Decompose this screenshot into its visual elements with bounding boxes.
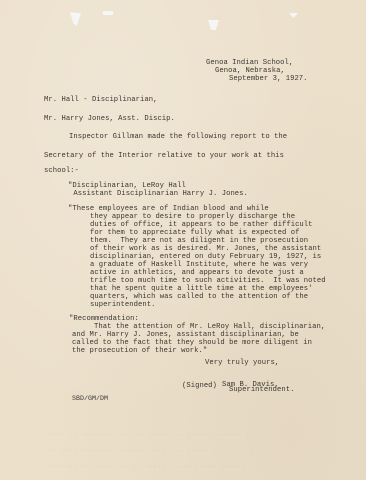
bleed-through-text: ....... .. .... ... .. ..... ..... .....… [48, 462, 245, 470]
report-line: trifle too much time to such activities.… [90, 277, 326, 285]
report-line: of their work as is desired. Mr. Jones, … [90, 245, 321, 253]
addressee: Mr. Harry Jones, Asst. Discip. [44, 115, 175, 123]
recommendation-line: the prosecution of their work." [72, 347, 207, 355]
signer-title: Superintendent. [229, 386, 294, 394]
reference-initials: SBD/GM/DM [72, 395, 108, 403]
report-line: for them to appreciate fully what is exp… [90, 229, 299, 237]
addressee: Mr. Hall - Disciplinarian, [44, 96, 157, 104]
report-line: superintendent. [90, 301, 155, 309]
report-line: that he spent quite a little time at the… [90, 285, 313, 293]
report-line: a graduate of Haskell Institute, where h… [90, 261, 308, 269]
bleed-through-text: .. .... ........ ....... ... ... ..... .… [48, 446, 254, 454]
letter-date: September 3, 1927. [229, 75, 308, 83]
bleed-through-text: .... .. ........ .. ... ..... .. ...... … [48, 430, 250, 438]
report-heading-line: "Disciplinarian, LeRoy Hall [68, 182, 186, 190]
report-line: them. They are not as diligent in the pr… [90, 237, 308, 245]
report-line: active in athletics, and appears to devo… [90, 269, 304, 277]
closing: Very truly yours, [205, 359, 279, 367]
paper-tear-mark [103, 11, 113, 15]
report-line: duties of office, it appears to be rathe… [90, 221, 313, 229]
intro-line: Inspector Gillman made the following rep… [69, 133, 287, 141]
institution-location: Genoa, Nebraska, [215, 67, 285, 75]
report-line: disciplinarian, entered on duty February… [90, 253, 321, 261]
recommendation-line: That the attention of Mr. LeRoy Hall, di… [94, 323, 325, 331]
signed-label: (Signed) [182, 382, 217, 390]
report-line: quarters, which was called to the attent… [90, 293, 308, 301]
recommendation-line: and Mr. Harry J. Jones, assistant discip… [72, 331, 299, 339]
report-line: they appear to desire to properly discha… [90, 213, 295, 221]
institution-name: Genoa Indian School, [206, 59, 293, 67]
recommendation-heading: "Recommendation: [69, 315, 139, 323]
intro-line: school:- [44, 167, 79, 175]
report-heading-line: Assistant Disciplinarian Harry J. Jones. [69, 190, 248, 198]
recommendation-line: called to the fact that they should be m… [72, 339, 312, 347]
intro-line: Secretary of the Interior relative to yo… [44, 152, 284, 160]
report-line: "These employees are of Indian blood and… [68, 205, 269, 213]
